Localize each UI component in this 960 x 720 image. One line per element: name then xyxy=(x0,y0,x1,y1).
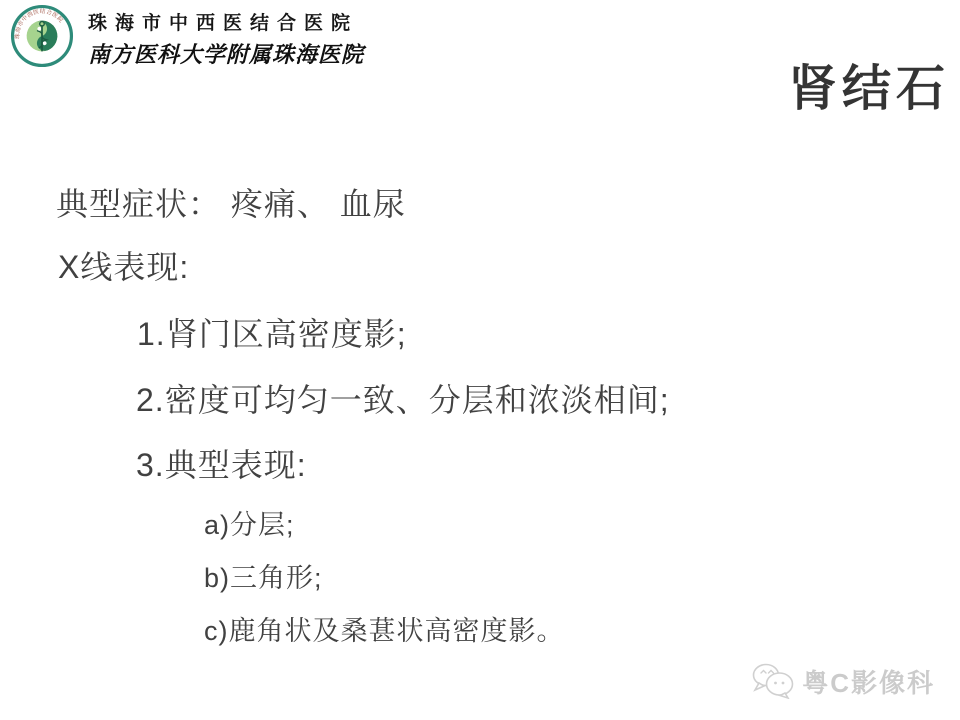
line-typical-symptoms: 典型症状： 疼痛、 血尿 xyxy=(56,187,406,222)
wechat-icon xyxy=(752,663,794,699)
line-subitem-b: b)三角形; xyxy=(204,564,323,594)
line-subitem-c: c)鹿角状及桑葚状高密度影。 xyxy=(204,617,565,647)
hospital-names: 珠海市中西医结合医院 南方医科大学附属珠海医院 xyxy=(88,8,364,69)
line-item-3: 3.典型表现: xyxy=(136,448,307,483)
hospital-logo: 珠海市中西医结合医院 xyxy=(10,4,74,68)
slide-canvas: 珠海市中西医结合医院 珠海市中西医结合医院 南方医科大学附属珠海医院 肾结石 典… xyxy=(0,0,960,720)
hospital-name-primary: 珠海市中西医结合医院 xyxy=(88,8,364,35)
line-item-1: 1.肾门区高密度影; xyxy=(137,317,407,352)
watermark: 粤C影像科 xyxy=(752,660,935,702)
line-xray-heading: X线表现: xyxy=(58,250,189,285)
line-item-2: 2.密度可均匀一致、分层和浓淡相间; xyxy=(136,383,670,418)
hospital-logo-icon: 珠海市中西医结合医院 xyxy=(10,4,74,68)
line-subitem-a: a)分层; xyxy=(204,511,295,541)
hospital-name-affiliation: 南方医科大学附属珠海医院 xyxy=(88,38,364,69)
slide-title: 肾结石 xyxy=(788,50,950,120)
watermark-text: 粤C影像科 xyxy=(802,663,935,700)
